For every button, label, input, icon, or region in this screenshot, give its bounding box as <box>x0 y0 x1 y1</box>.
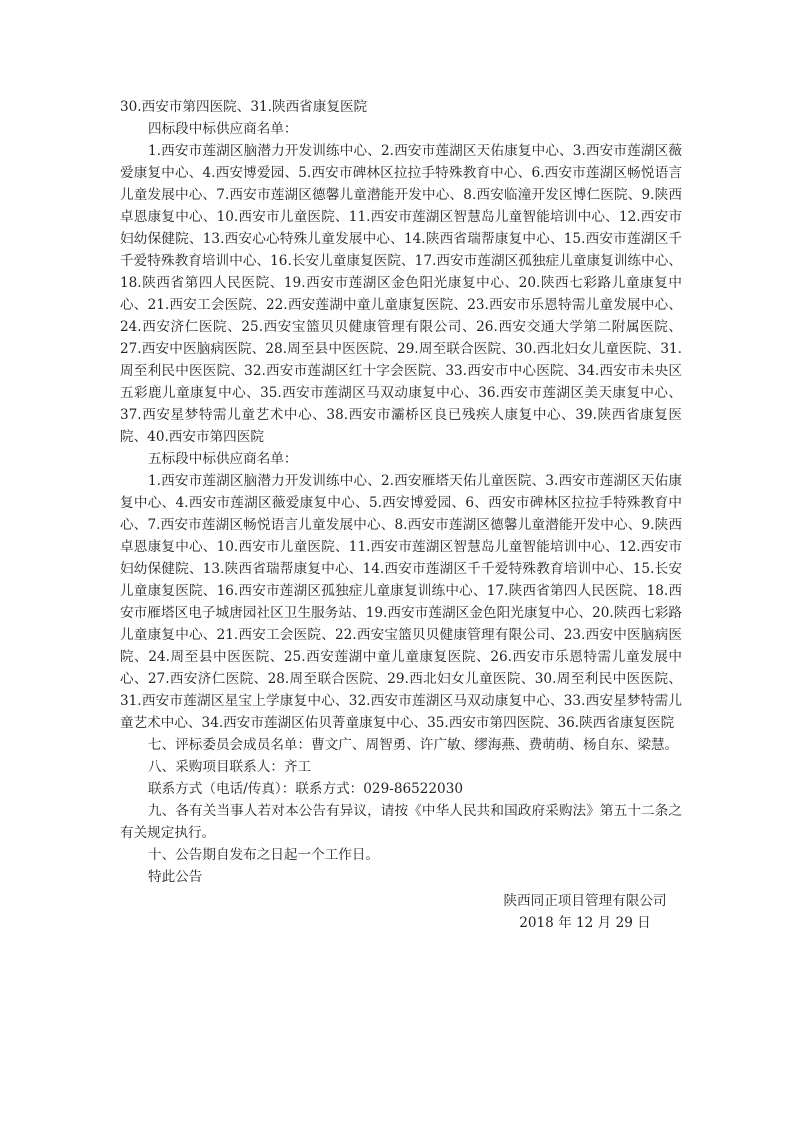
objection-clause: 九、各有关当事人若对本公告有异议，请按《中华人民共和国政府采购法》第五十二条之有… <box>120 800 682 844</box>
contact-person: 八、采购项目联系人：齐工 <box>120 756 682 778</box>
section3-continuation: 30.西安市第四医院、31.陕西省康复医院 <box>120 96 682 118</box>
closing-line: 特此公告 <box>120 866 682 888</box>
document-body: 30.西安市第四医院、31.陕西省康复医院 四标段中标供应商名单： 1.西安市莲… <box>120 96 682 888</box>
company-name: 陕西同正项目管理有限公司 <box>480 890 690 912</box>
section5-list: 1.西安市莲湖区脑潜力开发训练中心、2.西安雁塔天佑儿童医院、3.西安市莲湖区天… <box>120 470 682 734</box>
contact-info: 联系方式（电话/传真）：联系方式：029-86522030 <box>120 778 682 800</box>
section4-heading: 四标段中标供应商名单： <box>120 118 682 140</box>
committee-members: 七、评标委员会成员名单：曹文广、周智勇、许广敏、缪海燕、费萌萌、杨自东、梁慧。 <box>120 734 682 756</box>
signature-date: 2018 年 12 月 29 日 <box>480 912 690 934</box>
section5-heading: 五标段中标供应商名单： <box>120 448 682 470</box>
section4-list: 1.西安市莲湖区脑潜力开发训练中心、2.西安市莲湖区天佑康复中心、3.西安市莲湖… <box>120 140 682 448</box>
signature-block: 陕西同正项目管理有限公司 2018 年 12 月 29 日 <box>480 890 690 934</box>
announcement-period: 十、公告期自发布之日起一个工作日。 <box>120 844 682 866</box>
